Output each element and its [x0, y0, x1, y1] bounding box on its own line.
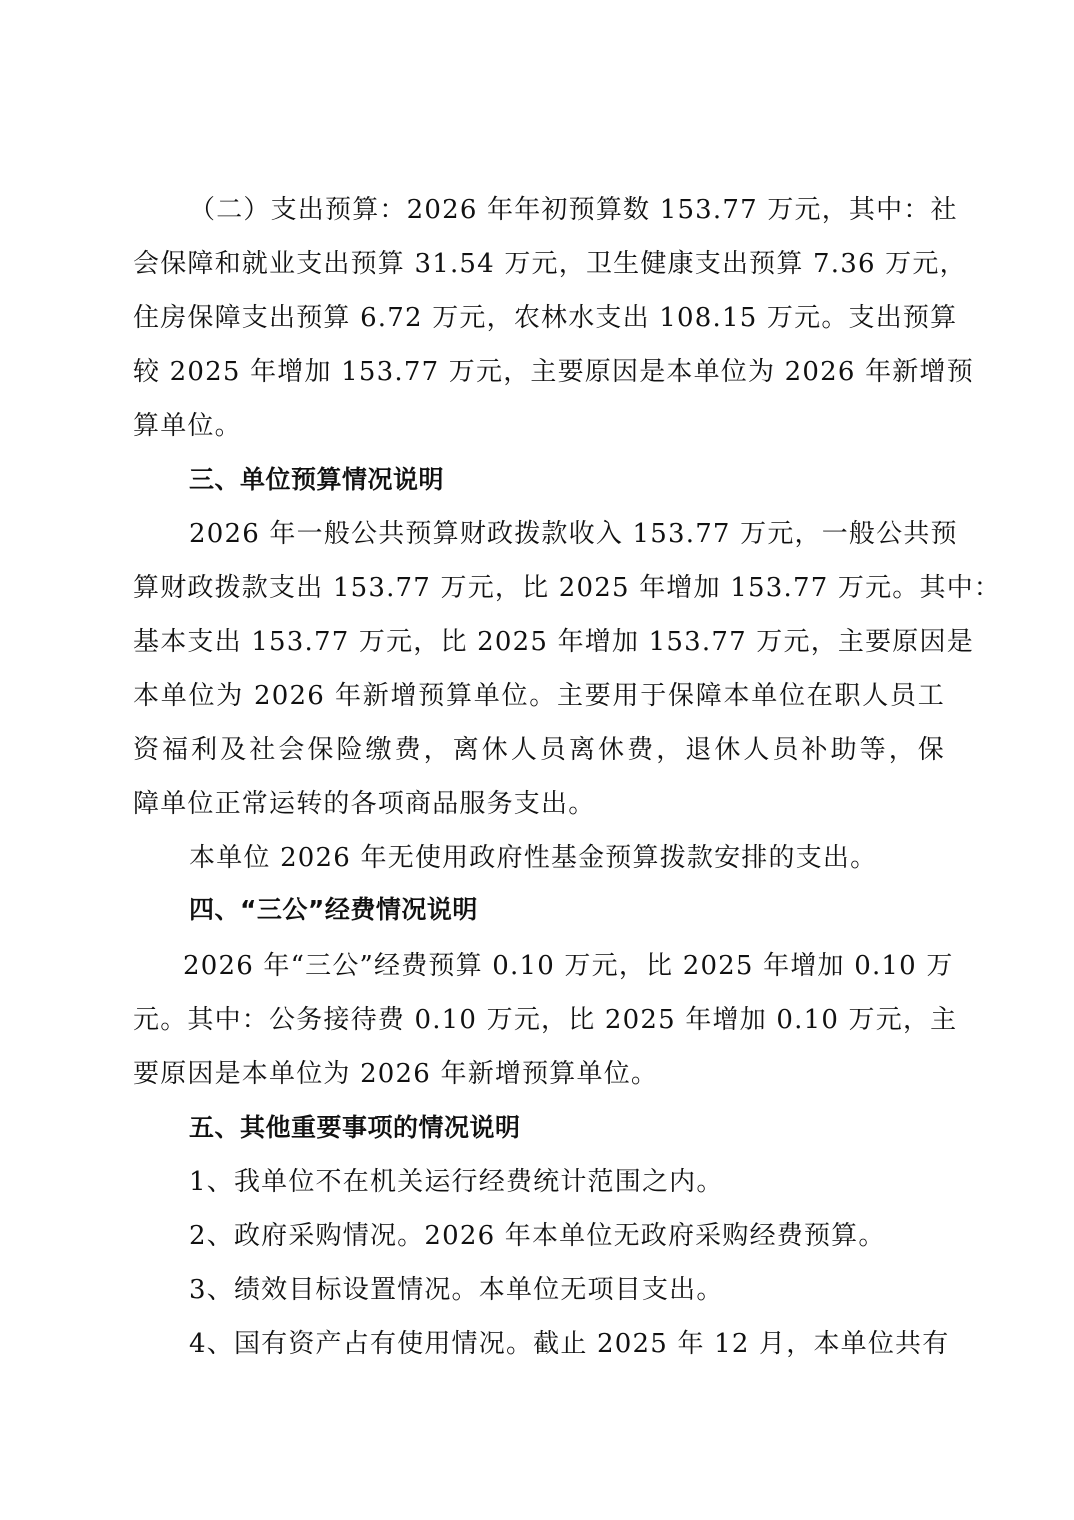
section-heading: 四、“三公”经费情况说明: [189, 890, 478, 930]
section-heading: 五、其他重要事项的情况说明: [189, 1108, 521, 1148]
paragraph-line: 资福利及社会保险缴费，离休人员离休费，退休人员补助等，保: [133, 730, 945, 770]
paragraph-line: 障单位正常运转的各项商品服务支出。: [133, 784, 595, 824]
paragraph-line: 本单位为 2026 年新增预算单位。主要用于保障本单位在职人员工: [133, 676, 945, 716]
paragraph-line: 元。其中：公务接待费 0.10 万元，比 2025 年增加 0.10 万元，主: [133, 1000, 945, 1040]
section-heading: 三、单位预算情况说明: [189, 460, 444, 500]
paragraph-line: 住房保障支出预算 6.72 万元，农林水支出 108.15 万元。支出预算: [133, 298, 945, 338]
paragraph-line: 算单位。: [133, 406, 242, 446]
list-item: 3、绩效目标设置情况。本单位无项目支出。: [189, 1270, 724, 1310]
paragraph-line: 2026 年“三公”经费预算 0.10 万元，比 2025 年增加 0.10 万: [183, 946, 945, 986]
paragraph-line: 较 2025 年增加 153.77 万元，主要原因是本单位为 2026 年新增预: [133, 352, 945, 392]
list-item: 1、我单位不在机关运行经费统计范围之内。: [189, 1162, 724, 1202]
paragraph-line: （二）支出预算：2026 年年初预算数 153.77 万元，其中：社: [189, 190, 945, 230]
paragraph-line: 会保障和就业支出预算 31.54 万元，卫生健康支出预算 7.36 万元，: [133, 244, 945, 284]
paragraph-line: 本单位 2026 年无使用政府性基金预算拨款安排的支出。: [189, 838, 877, 878]
paragraph-line: 算财政拨款支出 153.77 万元，比 2025 年增加 153.77 万元。其…: [133, 568, 945, 608]
list-item: 4、国有资产占有使用情况。截止 2025 年 12 月，本单位共有: [189, 1324, 945, 1364]
paragraph-line: 基本支出 153.77 万元，比 2025 年增加 153.77 万元，主要原因…: [133, 622, 945, 662]
list-item: 2、政府采购情况。2026 年本单位无政府采购经费预算。: [189, 1216, 886, 1256]
paragraph-line: 要原因是本单位为 2026 年新增预算单位。: [133, 1054, 658, 1094]
paragraph-line: 2026 年一般公共预算财政拨款收入 153.77 万元，一般公共预: [189, 514, 945, 554]
